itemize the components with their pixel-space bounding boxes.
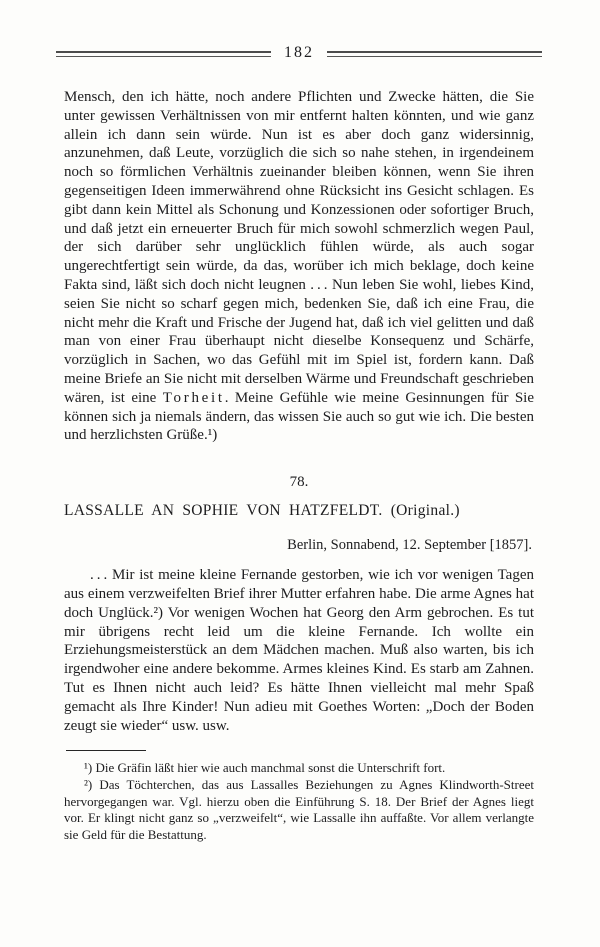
footnote-2: ²) Das Töchterchen, das aus Lassalles Be… — [64, 777, 534, 843]
emphasized-word: Torheit — [163, 390, 225, 406]
header-rule-left — [56, 51, 271, 57]
footnote-1: ¹) Die Gräfin läßt hier wie auch manchma… — [64, 760, 534, 777]
header-rule-right — [327, 51, 542, 57]
continuation-text-before: Mensch, den ich hätte, noch andere Pflic… — [64, 89, 534, 406]
letter-title: LASSALLE AN SOPHIE VON HATZFELDT. (Origi… — [64, 502, 534, 520]
letter-heading: 78. LASSALLE AN SOPHIE VON HATZFELDT. (O… — [64, 474, 534, 554]
letter-body-paragraph: . . . Mir ist meine kleine Fernande gest… — [64, 566, 534, 735]
letter-number: 78. — [64, 474, 534, 491]
footnote-separator — [66, 750, 146, 751]
footnotes: ¹) Die Gräfin läßt hier wie auch manchma… — [64, 760, 534, 843]
book-page: 182 Mensch, den ich hätte, noch andere P… — [0, 0, 600, 947]
page-header: 182 — [56, 45, 542, 63]
continuation-paragraph: Mensch, den ich hätte, noch andere Pflic… — [64, 88, 534, 445]
page-number: 182 — [284, 45, 314, 63]
letter-dateline: Berlin, Sonnabend, 12. September [1857]. — [64, 537, 534, 554]
